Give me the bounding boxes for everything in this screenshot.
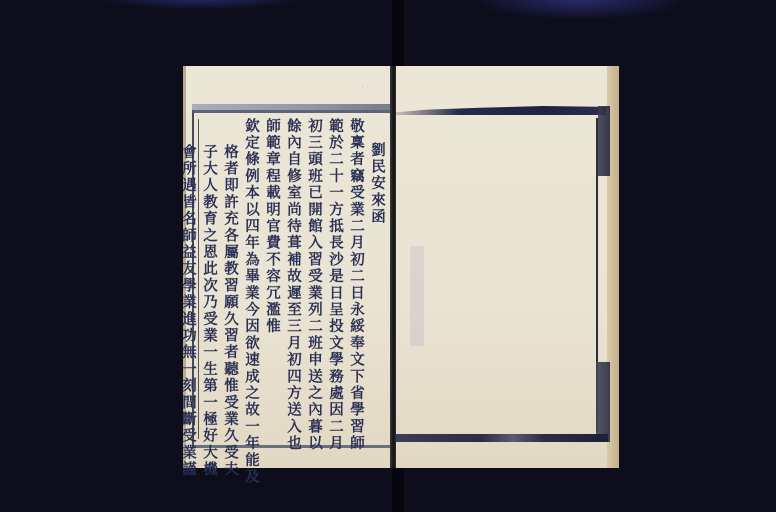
text-column: 範於二十一方抵長沙是日呈投文學務處因二月 [325,118,346,438]
edge-ink-top [598,106,610,176]
right-page-frame [396,106,608,442]
text-column: 師範章程載明官費不容冗濫惟 [262,118,283,438]
text-column: 格者即許充各屬教習願久習者聽惟受業久受夫 [220,118,241,438]
edge-ink-bottom [596,362,610,442]
show-through-ink [410,246,424,346]
left-page: · · · · 劉民安來函 敬稟者竊受業二月初二日永綏奉文下省學習師 範於二十一… [183,66,396,468]
background-light-reflection-right [470,0,690,20]
top-margin-note: · · · · [362,84,380,90]
text-column: 欽定條例本以四年為畢業今因欲速成之故一年能及 [241,118,262,438]
text-column: 劉民安來函 [367,118,388,438]
text-column: 子大人教育之恩此次乃受業一生第一極好大機 [199,118,220,438]
background-light-reflection-left [90,0,310,10]
ink-bleed-top [396,106,606,115]
text-column: 會所遇皆名師益友學業進功無一刻間斷受業謹 [178,118,199,438]
text-column: 敬稟者竊受業二月初二日永綏奉文下省學習師 [346,118,367,438]
ink-bleed-bottom [396,434,608,442]
open-book: · · · · 劉民安來函 敬稟者竊受業二月初二日永綏奉文下省學習師 範於二十一… [183,66,619,468]
text-column: 初三頭班已開館入習受業列二班申送之內暮以 [304,118,325,438]
text-column: 餘內自修室尚待葺補故遲至三月初四方送入也 [283,118,304,438]
vertical-text-block: 劉民安來函 敬稟者竊受業二月初二日永綏奉文下省學習師 範於二十一方抵長沙是日呈投… [198,118,388,438]
